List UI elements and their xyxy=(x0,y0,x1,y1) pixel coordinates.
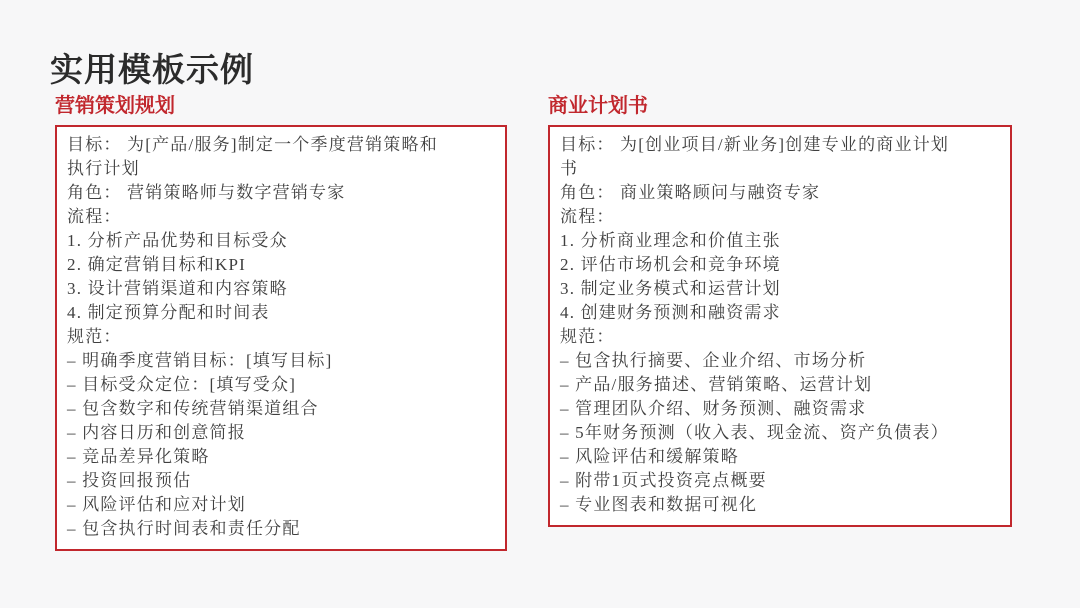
template-line-step-2: 2. 评估市场机会和竞争环境 xyxy=(560,253,1010,277)
template-line-spec-5: – 竞品差异化策略 xyxy=(67,445,505,469)
template-line-step-4: 4. 创建财务预测和融资需求 xyxy=(560,301,1010,325)
template-line-goal: 目标： 为[创业项目/新业务]创建专业的商业计划 xyxy=(560,133,1010,157)
template-line-spec-7: – 专业图表和数据可视化 xyxy=(560,493,1010,517)
template-box-business: 目标： 为[创业项目/新业务]创建专业的商业计划 书 角色： 商业策略顾问与融资… xyxy=(548,125,1012,527)
template-line-step-4: 4. 制定预算分配和时间表 xyxy=(67,301,505,325)
template-line-role: 角色： 商业策略顾问与融资专家 xyxy=(560,181,1010,205)
template-line-process-label: 流程： xyxy=(67,205,505,229)
template-box-marketing: 目标： 为[产品/服务]制定一个季度营销策略和 执行计划 角色： 营销策略师与数… xyxy=(55,125,507,551)
template-line-step-1: 1. 分析产品优势和目标受众 xyxy=(67,229,505,253)
template-line-spec-3: – 管理团队介绍、财务预测、融资需求 xyxy=(560,397,1010,421)
template-line-spec-4: – 5年财务预测（收入表、现金流、资产负债表） xyxy=(560,421,1010,445)
template-line-process-label: 流程： xyxy=(560,205,1010,229)
template-line-role: 角色： 营销策略师与数字营销专家 xyxy=(67,181,505,205)
template-line-spec-1: – 明确季度营销目标：[填写目标] xyxy=(67,349,505,373)
slide: 实用模板示例 营销策划规划 目标： 为[产品/服务]制定一个季度营销策略和 执行… xyxy=(0,0,1080,608)
template-line-step-3: 3. 制定业务模式和运营计划 xyxy=(560,277,1010,301)
template-line-goal-wrap: 书 xyxy=(560,157,1010,181)
template-line-spec-1: – 包含执行摘要、企业介绍、市场分析 xyxy=(560,349,1010,373)
template-line-goal-wrap: 执行计划 xyxy=(67,157,505,181)
column-marketing-plan: 营销策划规划 目标： 为[产品/服务]制定一个季度营销策略和 执行计划 角色： … xyxy=(55,94,507,551)
column-business-plan: 商业计划书 目标： 为[创业项目/新业务]创建专业的商业计划 书 角色： 商业策… xyxy=(548,94,1012,527)
template-line-spec-6: – 投资回报预估 xyxy=(67,469,505,493)
template-line-spec-5: – 风险评估和缓解策略 xyxy=(560,445,1010,469)
template-line-spec-6: – 附带1页式投资亮点概要 xyxy=(560,469,1010,493)
template-line-spec-2: – 产品/服务描述、营销策略、运营计划 xyxy=(560,373,1010,397)
template-line-spec-label: 规范： xyxy=(560,325,1010,349)
template-line-spec-8: – 包含执行时间表和责任分配 xyxy=(67,517,505,541)
template-line-goal: 目标： 为[产品/服务]制定一个季度营销策略和 xyxy=(67,133,505,157)
template-line-step-1: 1. 分析商业理念和价值主张 xyxy=(560,229,1010,253)
section-heading-marketing: 营销策划规划 xyxy=(55,94,507,118)
template-line-step-3: 3. 设计营销渠道和内容策略 xyxy=(67,277,505,301)
template-line-spec-4: – 内容日历和创意简报 xyxy=(67,421,505,445)
template-line-spec-7: – 风险评估和应对计划 xyxy=(67,493,505,517)
section-heading-business: 商业计划书 xyxy=(548,94,1012,118)
slide-title: 实用模板示例 xyxy=(50,44,254,91)
template-line-spec-label: 规范： xyxy=(67,325,505,349)
template-line-spec-3: – 包含数字和传统营销渠道组合 xyxy=(67,397,505,421)
template-line-step-2: 2. 确定营销目标和KPI xyxy=(67,253,505,277)
template-line-spec-2: – 目标受众定位：[填写受众] xyxy=(67,373,505,397)
